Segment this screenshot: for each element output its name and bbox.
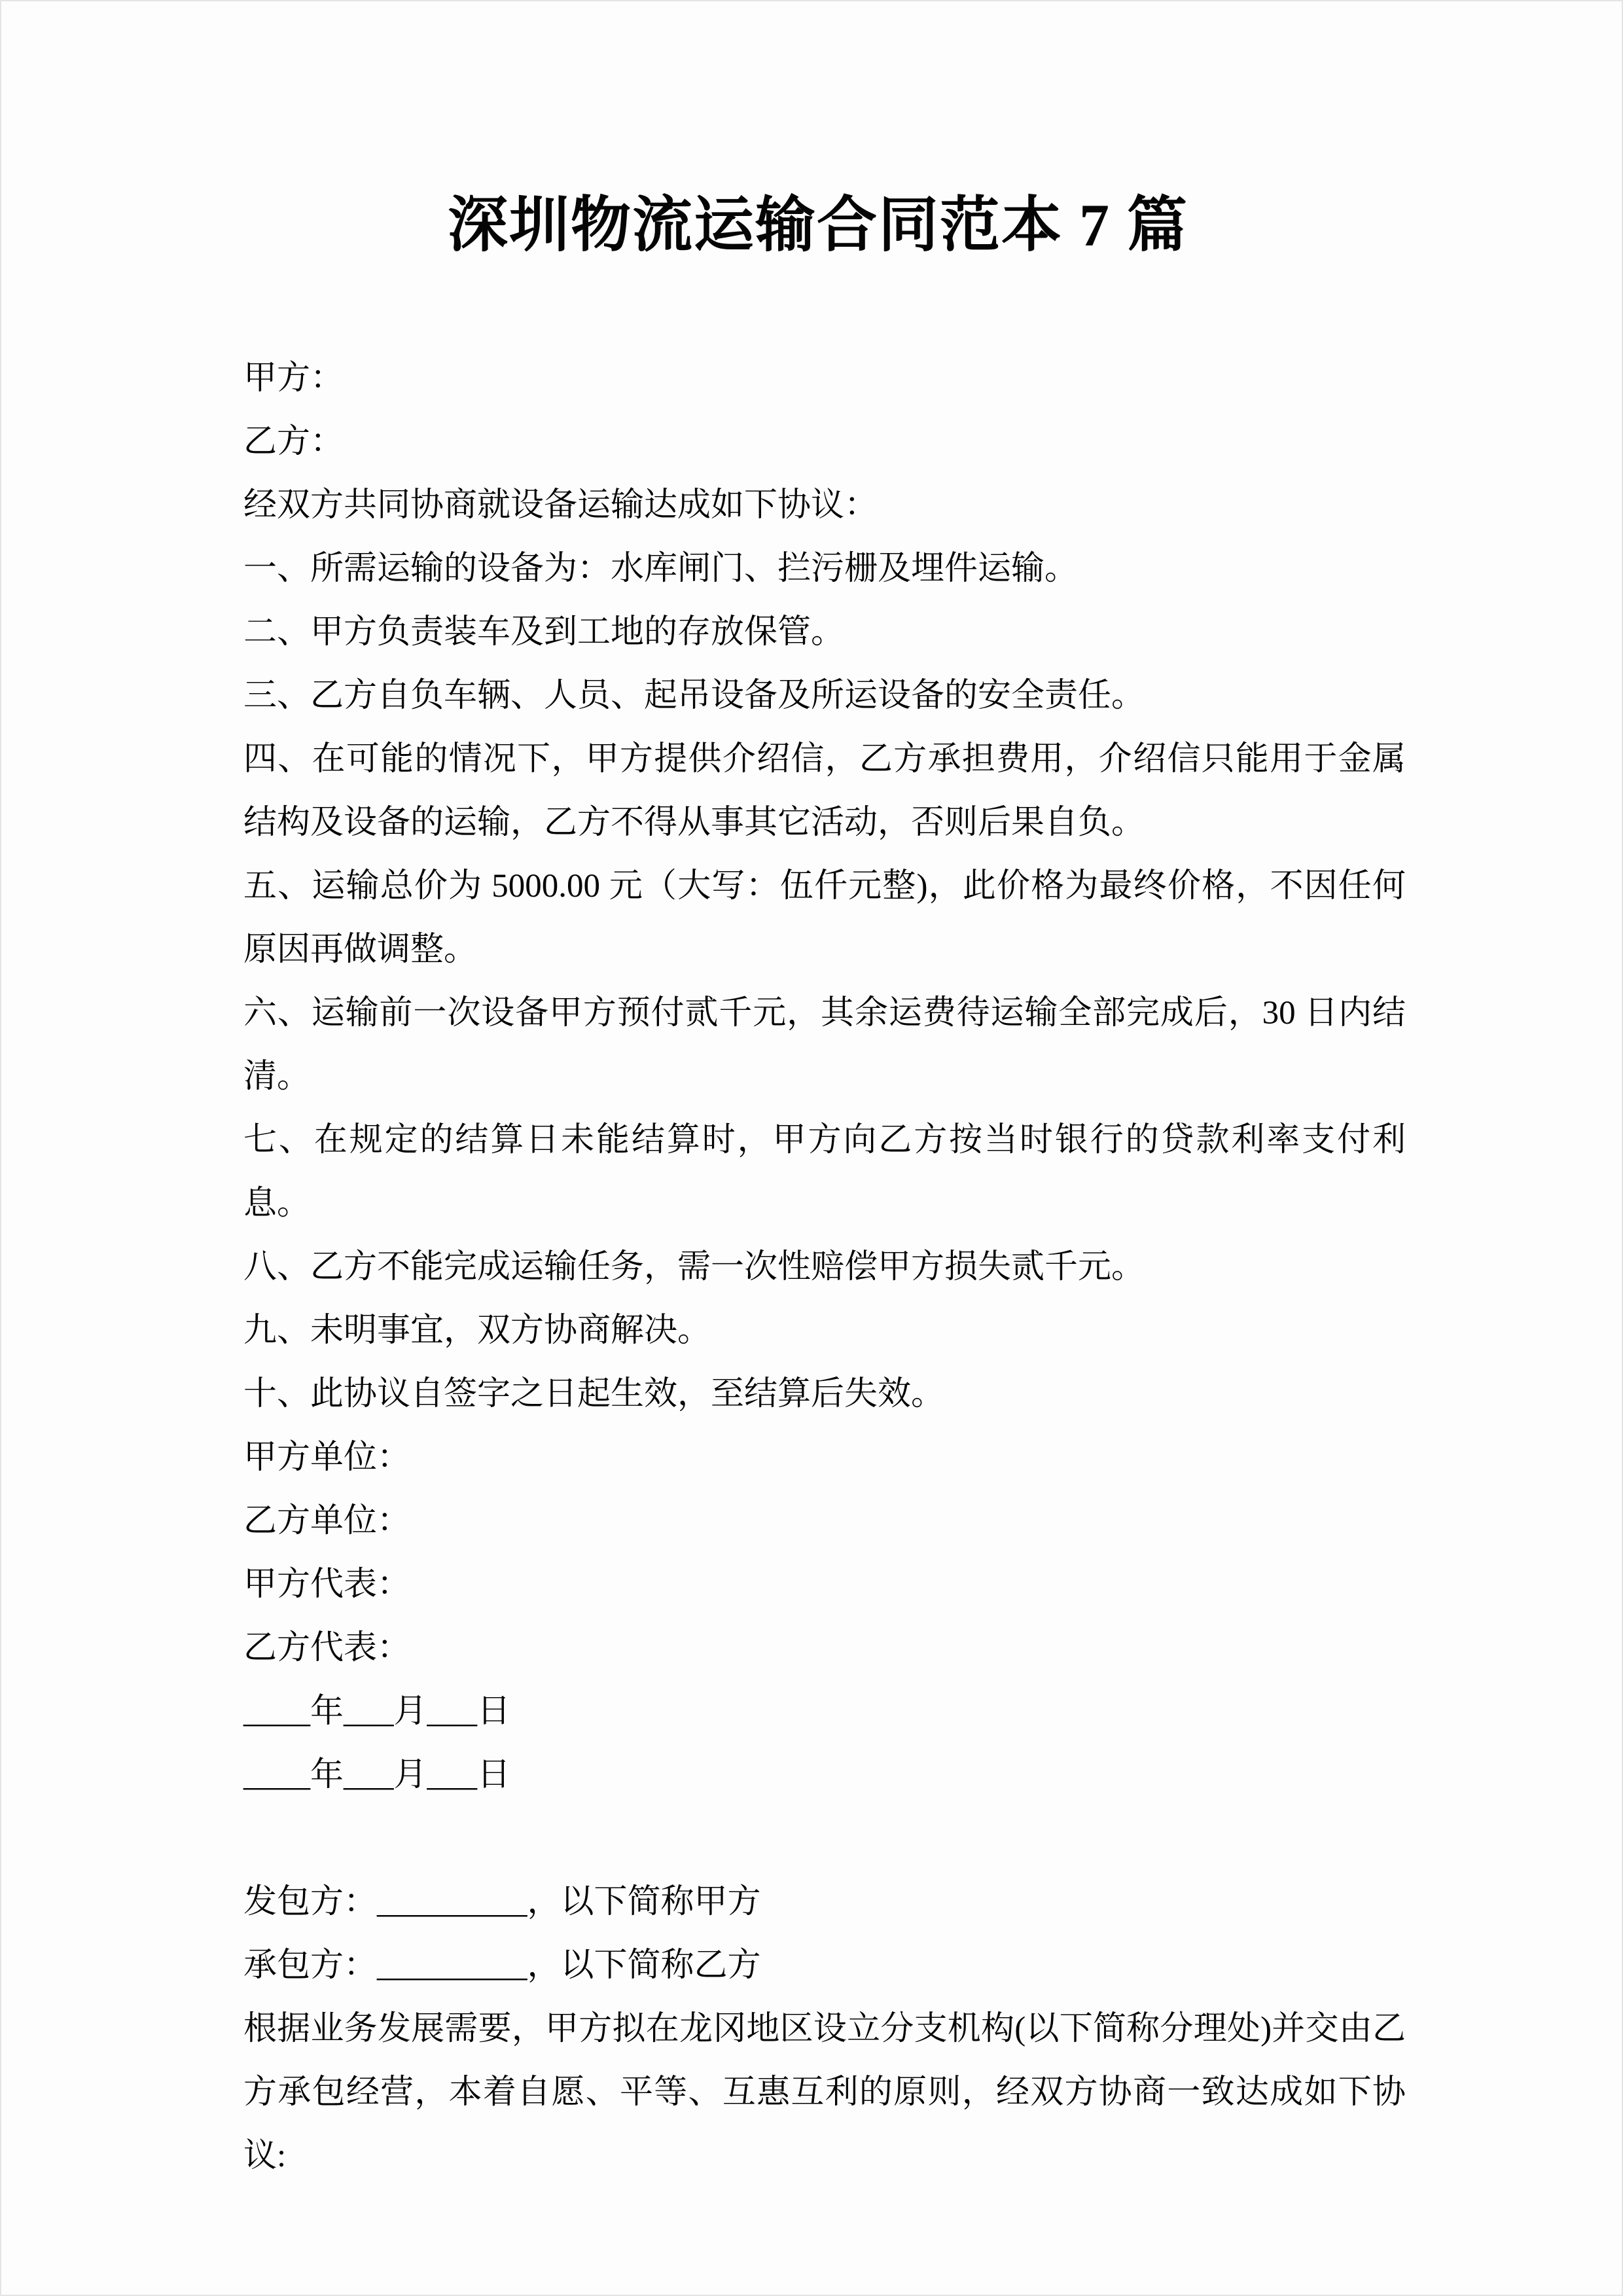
contract2-section: 发包方：_________，以下简称甲方 承包方：_________，以下简称乙… [243, 1871, 1406, 2188]
document-title: 深圳物流运输合同范本 7 篇 [230, 182, 1406, 268]
date-line-2: ____年___月___日 [243, 1744, 1406, 1807]
clause-1: 一、所需运输的设备为：水库闸门、拦污栅及埋件运输。 [243, 537, 1406, 601]
clause-5: 五、运输总价为 5000.00 元（大写：伍仟元整)，此价格为最终价格，不因任何… [243, 855, 1406, 982]
clause-4: 四、在可能的情况下，甲方提供介绍信，乙方承担费用，介绍信只能用于金属结构及设备的… [243, 728, 1406, 855]
contract2-preamble: 根据业务发展需要，甲方拟在龙冈地区设立分支机构(以下简称分理处)并交由乙方承包经… [243, 1998, 1406, 2188]
employer-line: 发包方：_________，以下简称甲方 [243, 1871, 1406, 1934]
clause-8: 八、乙方不能完成运输任务，需一次性赔偿甲方损失贰千元。 [243, 1236, 1406, 1299]
party-b-unit-label: 乙方单位： [243, 1490, 1406, 1553]
section-separator [243, 1807, 1406, 1871]
clause-7: 七、在规定的结算日未能结算时，甲方向乙方按当时银行的贷款利率支付利息。 [243, 1109, 1406, 1236]
party-a-label: 甲方： [243, 347, 1406, 410]
clause-2: 二、甲方负责装车及到工地的存放保管。 [243, 601, 1406, 664]
party-a-unit-label: 甲方单位： [243, 1426, 1406, 1490]
contract1-preamble: 经双方共同协商就设备运输达成如下协议： [243, 474, 1406, 537]
contract-document-page: 深圳物流运输合同范本 7 篇 甲方： 乙方： 经双方共同协商就设备运输达成如下协… [0, 0, 1623, 2296]
clause-9: 九、未明事宜，双方协商解决。 [243, 1299, 1406, 1363]
clause-3: 三、乙方自负车辆、人员、起吊设备及所运设备的安全责任。 [243, 664, 1406, 728]
party-a-rep-label: 甲方代表： [243, 1553, 1406, 1617]
party-b-rep-label: 乙方代表： [243, 1617, 1406, 1680]
date-line-1: ____年___月___日 [243, 1680, 1406, 1744]
contractor-line: 承包方：_________，以下简称乙方 [243, 1934, 1406, 1998]
signature-block: 甲方单位： 乙方单位： 甲方代表： 乙方代表： ____年___月___日 __… [243, 1426, 1406, 1807]
clause-10: 十、此协议自签字之日起生效，至结算后失效。 [243, 1363, 1406, 1426]
party-b-label: 乙方： [243, 410, 1406, 474]
clause-6: 六、运输前一次设备甲方预付贰千元，其余运费待运输全部完成后，30 日内结清。 [243, 982, 1406, 1109]
contract1-section: 甲方： 乙方： 经双方共同协商就设备运输达成如下协议： 一、所需运输的设备为：水… [243, 347, 1406, 1807]
